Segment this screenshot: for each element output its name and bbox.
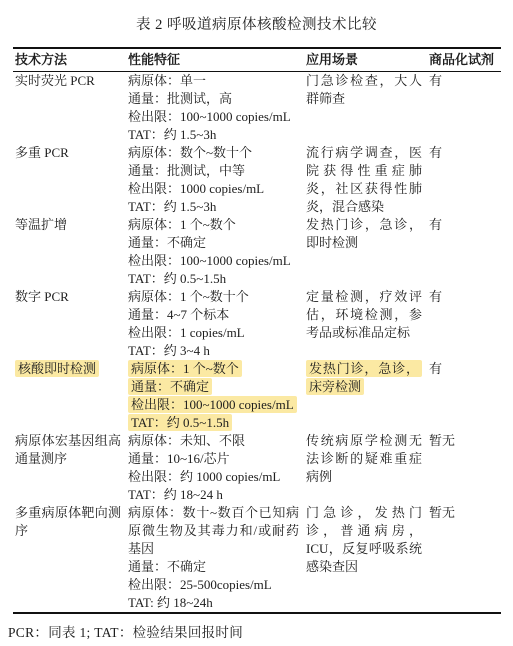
feature-line: 病原体：未知、不限 [128, 432, 299, 450]
application-text: 门急诊，发热门诊，普通病房，ICU，反复呼吸系统感染查因 [306, 505, 422, 574]
reagent-text: 有 [429, 289, 442, 304]
table-row: 等温扩增 病原体：1 个~数个通量：不确定检出限：100~1000 copies… [13, 216, 501, 288]
feature-line: 通量：4~7 个标本 [128, 306, 299, 324]
feature-text: 病原体：1 个~数十个 [128, 289, 249, 304]
reagent-text: 有 [429, 217, 442, 232]
reagent-text: 有 [429, 361, 442, 376]
feature-line: TAT：约 0.5~1.5h [128, 414, 299, 432]
column-header-application: 应用场景 [304, 52, 427, 68]
feature-line: 检出限：约 1000 copies/mL [128, 468, 299, 486]
feature-text: 通量：4~7 个标本 [128, 307, 229, 322]
feature-text: TAT：约 1.5~3h [128, 199, 216, 214]
application-text: 流行病学调查，医院获得性重症肺炎，社区获得性肺炎，混合感染 [306, 145, 422, 214]
table-footnote: PCR：同表 1; TAT：检验结果回报时间 [8, 621, 513, 641]
feature-line: 病原体：单一 [128, 72, 299, 90]
page-title: 表 2 呼吸道病原体核酸检测技术比较 [0, 0, 513, 34]
feature-line: 通量：不确定 [128, 234, 299, 252]
application-cell: 门急诊，发热门诊，普通病房，ICU，反复呼吸系统感染查因 [304, 504, 427, 612]
column-header-method: 技术方法 [13, 52, 126, 68]
feature-line: TAT：约 1.5~3h [128, 198, 299, 216]
feature-text: 病原体：单一 [128, 73, 206, 88]
feature-text: TAT：约 3~4 h [128, 343, 210, 358]
feature-line: 检出限：1000 copies/mL [128, 180, 299, 198]
feature-line: 通量：不确定 [128, 558, 299, 576]
table-row: 多重病原体靶向测序 病原体：数十~数百个已知病原微生物及其毒力和/或耐药基因通量… [13, 504, 501, 612]
features-cell: 病原体：1 个~数个通量：不确定检出限：100~1000 copies/mLTA… [126, 216, 304, 288]
feature-text: TAT：约 1.5~3h [128, 127, 216, 142]
reagent-text: 有 [429, 145, 442, 160]
feature-line: 检出限：1 copies/mL [128, 324, 299, 342]
feature-line: TAT：约 1.5~3h [128, 126, 299, 144]
reagent-cell: 有 [427, 72, 501, 144]
reagent-cell: 有 [427, 360, 501, 432]
column-header-features: 性能特征 [126, 52, 304, 68]
feature-text: 通量：10~16/芯片 [128, 451, 230, 466]
reagent-cell: 有 [427, 144, 501, 216]
table-row: 核酸即时检测 病原体：1 个~数个通量：不确定检出限：100~1000 copi… [13, 360, 501, 432]
table-header: 技术方法 性能特征 应用场景 商品化试剂 [13, 49, 501, 72]
feature-line: 病原体：数个~数十个 [128, 144, 299, 162]
table-row: 数字 PCR 病原体：1 个~数十个通量：4~7 个标本检出限：1 copies… [13, 288, 501, 360]
reagent-cell: 暂无 [427, 504, 501, 612]
feature-text: 病原体：未知、不限 [128, 433, 245, 448]
method-cell: 病原体宏基因组高通量测序 [13, 432, 126, 504]
feature-text: 通量：批测试，中等 [128, 163, 245, 178]
feature-line: 检出限：100~1000 copies/mL [128, 108, 299, 126]
method-label: 实时荧光 PCR [15, 73, 95, 88]
table-body: 实时荧光 PCR 病原体：单一通量：批测试，高检出限：100~1000 copi… [13, 72, 501, 612]
reagent-text: 暂无 [429, 505, 455, 520]
application-cell: 流行病学调查，医院获得性重症肺炎，社区获得性肺炎，混合感染 [304, 144, 427, 216]
application-cell: 发热门诊，急诊，床旁检测 [304, 360, 427, 432]
feature-text: 检出限：100~1000 copies/mL [128, 109, 291, 124]
application-text: 传统病原学检测无法诊断的疑难重症病例 [306, 433, 422, 484]
method-cell: 实时荧光 PCR [13, 72, 126, 144]
feature-line: TAT：约 3~4 h [128, 342, 299, 360]
feature-text: 病原体：数个~数十个 [128, 145, 252, 160]
method-label: 病原体宏基因组高通量测序 [15, 433, 121, 466]
feature-text: 通量：不确定 [128, 235, 206, 250]
reagent-text: 暂无 [429, 433, 455, 448]
method-cell: 多重 PCR [13, 144, 126, 216]
feature-text: TAT：约 0.5~1.5h [128, 414, 232, 431]
table-row: 病原体宏基因组高通量测序 病原体：未知、不限通量：10~16/芯片检出限：约 1… [13, 432, 501, 504]
feature-text: 通量：批测试，高 [128, 91, 232, 106]
feature-text: 通量：不确定 [128, 378, 212, 395]
application-cell: 定量检测，疗效评估，环境检测，参考品或标准品定标 [304, 288, 427, 360]
feature-text: 检出限：25-500copies/mL [128, 577, 272, 592]
feature-text: TAT: 约 18~24h [128, 595, 213, 610]
features-cell: 病原体：1 个~数个通量：不确定检出限：100~1000 copies/mLTA… [126, 360, 304, 432]
feature-text: 检出限：100~1000 copies/mL [128, 253, 291, 268]
feature-line: 通量：批测试，高 [128, 90, 299, 108]
column-header-reagent: 商品化试剂 [427, 52, 501, 68]
application-cell: 传统病原学检测无法诊断的疑难重症病例 [304, 432, 427, 504]
feature-line: TAT：约 0.5~1.5h [128, 270, 299, 288]
feature-text: 检出限：约 1000 copies/mL [128, 469, 280, 484]
feature-line: 通量：批测试，中等 [128, 162, 299, 180]
features-cell: 病原体：未知、不限通量：10~16/芯片检出限：约 1000 copies/mL… [126, 432, 304, 504]
feature-line: TAT: 约 18~24h [128, 594, 299, 612]
feature-text: 通量：不确定 [128, 559, 206, 574]
application-text: 发热门诊，急诊，床旁检测 [306, 360, 422, 395]
feature-line: 检出限：25-500copies/mL [128, 576, 299, 594]
reagent-text: 有 [429, 73, 442, 88]
method-cell: 等温扩增 [13, 216, 126, 288]
feature-text: TAT：约 0.5~1.5h [128, 271, 226, 286]
application-text: 门急诊检查，大人群筛查 [306, 73, 422, 106]
reagent-cell: 暂无 [427, 432, 501, 504]
application-text: 定量检测，疗效评估，环境检测，参考品或标准品定标 [306, 289, 422, 340]
comparison-table: 技术方法 性能特征 应用场景 商品化试剂 实时荧光 PCR 病原体：单一通量：批… [13, 47, 501, 614]
feature-line: TAT：约 18~24 h [128, 486, 299, 504]
feature-text: 病原体：1 个~数个 [128, 217, 236, 232]
feature-line: 通量：不确定 [128, 378, 299, 396]
feature-line: 通量：10~16/芯片 [128, 450, 299, 468]
method-label: 等温扩增 [15, 217, 67, 232]
feature-text: 检出限：1000 copies/mL [128, 181, 264, 196]
features-cell: 病原体：数十~数百个已知病原微生物及其毒力和/或耐药基因通量：不确定检出限：25… [126, 504, 304, 612]
table-row: 实时荧光 PCR 病原体：单一通量：批测试，高检出限：100~1000 copi… [13, 72, 501, 144]
feature-line: 病原体：1 个~数个 [128, 360, 299, 378]
feature-text: TAT：约 18~24 h [128, 487, 223, 502]
feature-line: 病原体：数十~数百个已知病原微生物及其毒力和/或耐药基因 [128, 504, 299, 558]
method-label: 核酸即时检测 [15, 360, 99, 377]
method-cell: 数字 PCR [13, 288, 126, 360]
feature-line: 检出限：100~1000 copies/mL [128, 252, 299, 270]
method-cell: 多重病原体靶向测序 [13, 504, 126, 612]
reagent-cell: 有 [427, 216, 501, 288]
feature-text: 病原体：数十~数百个已知病原微生物及其毒力和/或耐药基因 [128, 505, 299, 556]
application-cell: 门急诊检查，大人群筛查 [304, 72, 427, 144]
method-label: 数字 PCR [15, 289, 69, 304]
method-cell: 核酸即时检测 [13, 360, 126, 432]
table-row: 多重 PCR 病原体：数个~数十个通量：批测试，中等检出限：1000 copie… [13, 144, 501, 216]
feature-line: 检出限：100~1000 copies/mL [128, 396, 299, 414]
method-label: 多重病原体靶向测序 [15, 505, 121, 538]
feature-text: 检出限：100~1000 copies/mL [128, 396, 297, 413]
application-cell: 发热门诊，急诊，即时检测 [304, 216, 427, 288]
reagent-cell: 有 [427, 288, 501, 360]
method-label: 多重 PCR [15, 145, 69, 160]
feature-text: 病原体：1 个~数个 [128, 360, 242, 377]
feature-line: 病原体：1 个~数个 [128, 216, 299, 234]
application-text: 发热门诊，急诊，即时检测 [306, 217, 422, 250]
features-cell: 病原体：1 个~数十个通量：4~7 个标本检出限：1 copies/mLTAT：… [126, 288, 304, 360]
features-cell: 病原体：单一通量：批测试，高检出限：100~1000 copies/mLTAT：… [126, 72, 304, 144]
feature-text: 检出限：1 copies/mL [128, 325, 245, 340]
feature-line: 病原体：1 个~数十个 [128, 288, 299, 306]
features-cell: 病原体：数个~数十个通量：批测试，中等检出限：1000 copies/mLTAT… [126, 144, 304, 216]
